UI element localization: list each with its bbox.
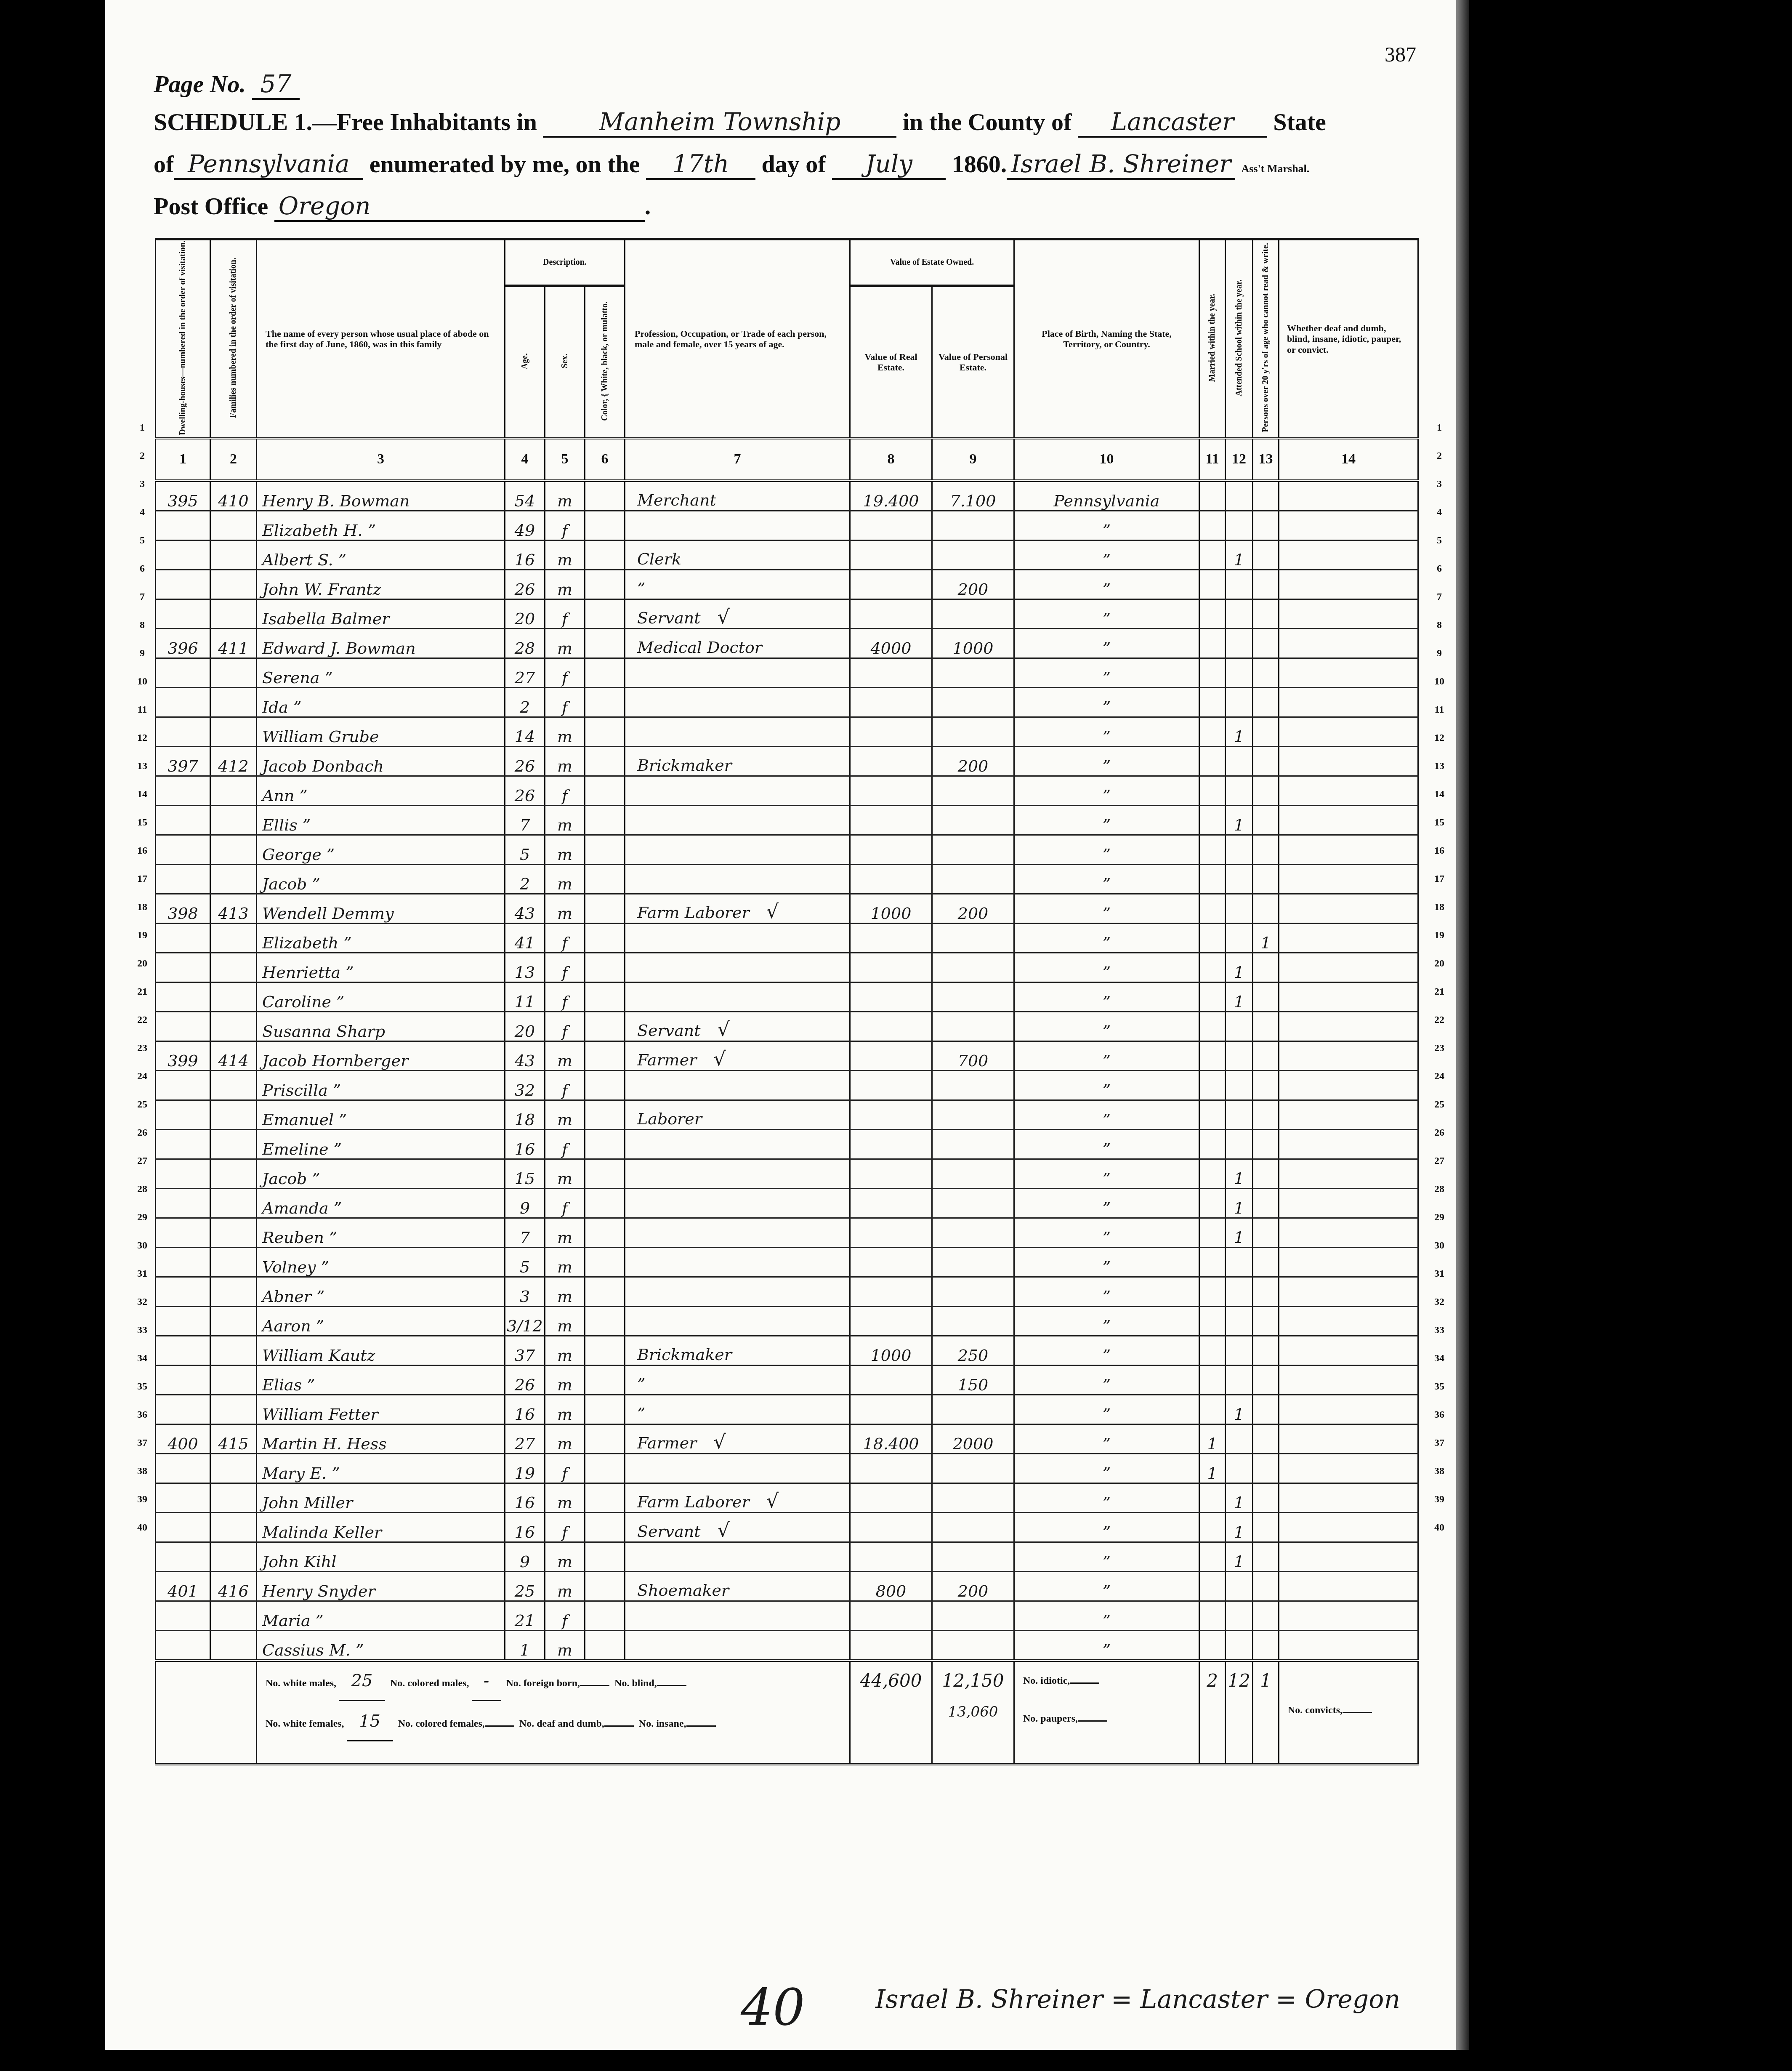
sex: f bbox=[545, 599, 585, 628]
infirmity bbox=[1279, 1453, 1418, 1483]
sex: m bbox=[545, 540, 585, 570]
checkmark-icon: √ bbox=[718, 1519, 730, 1541]
line-number: 34 bbox=[1431, 1353, 1448, 1364]
colored-males-label: No. colored males, bbox=[390, 1678, 469, 1689]
cannot-read-write bbox=[1253, 776, 1279, 805]
line-number: 7 bbox=[134, 591, 151, 603]
line-number: 7 bbox=[1431, 591, 1448, 603]
dwelling-number bbox=[156, 1630, 210, 1661]
real-estate-value bbox=[850, 805, 932, 835]
attended-school bbox=[1226, 1100, 1253, 1129]
birthplace: Pennsylvania bbox=[1014, 481, 1199, 511]
occupation-text: Medical Doctor bbox=[637, 638, 762, 657]
sex: f bbox=[545, 776, 585, 805]
scan-left-border bbox=[0, 0, 105, 2071]
line-number: 24 bbox=[134, 1071, 151, 1082]
white-females-count: 15 bbox=[347, 1702, 393, 1741]
infirmity bbox=[1279, 1365, 1418, 1395]
married-within-year bbox=[1199, 1041, 1226, 1070]
cannot-read-write bbox=[1253, 953, 1279, 982]
birthplace: ” bbox=[1014, 1512, 1199, 1542]
color bbox=[585, 1571, 625, 1601]
personal-estate-value bbox=[932, 599, 1014, 628]
birthplace: ” bbox=[1014, 1070, 1199, 1100]
birthplace: ” bbox=[1014, 1247, 1199, 1277]
summary-line-1: No. white males, 25 No. colored males, -… bbox=[257, 1662, 849, 1702]
occupation bbox=[625, 1277, 850, 1306]
table-row: John W. Frantz26m”200” bbox=[156, 570, 1418, 599]
infirmity bbox=[1279, 1424, 1418, 1453]
colored-females-label: No. colored females, bbox=[398, 1718, 485, 1729]
real-estate-value bbox=[850, 717, 932, 746]
column-number: 13 bbox=[1253, 438, 1279, 481]
family-number bbox=[210, 1247, 257, 1277]
table-row: 395410Henry B. Bowman54mMerchant19.4007.… bbox=[156, 481, 1418, 511]
occupation: Farmer√ bbox=[625, 1041, 850, 1070]
attended-school: 1 bbox=[1226, 1188, 1253, 1218]
line-number: 11 bbox=[134, 704, 151, 716]
personal-estate-value bbox=[932, 864, 1014, 894]
birthplace: ” bbox=[1014, 982, 1199, 1012]
cannot-read-write bbox=[1253, 1365, 1279, 1395]
real-estate-value bbox=[850, 923, 932, 953]
personal-estate-value bbox=[932, 923, 1014, 953]
personal-estate-value: 200 bbox=[932, 570, 1014, 599]
real-estate-value bbox=[850, 1070, 932, 1100]
occupation bbox=[625, 953, 850, 982]
married-within-year bbox=[1199, 1070, 1226, 1100]
header-description-group: Description. bbox=[505, 239, 625, 286]
real-estate-value bbox=[850, 1365, 932, 1395]
line-number: 21 bbox=[134, 986, 151, 998]
line-number: 9 bbox=[134, 648, 151, 659]
header-color: Color, { White, black, or mulatto. bbox=[585, 286, 625, 439]
post-office-label: Post Office bbox=[154, 192, 268, 220]
personal-estate-value: 2000 bbox=[932, 1424, 1014, 1453]
married-within-year bbox=[1199, 1012, 1226, 1041]
cannot-read-write bbox=[1253, 1571, 1279, 1601]
cannot-read-write bbox=[1253, 717, 1279, 746]
person-name: Malinda Keller bbox=[257, 1512, 505, 1542]
color bbox=[585, 1630, 625, 1661]
attended-school: 1 bbox=[1226, 717, 1253, 746]
white-males-count: 25 bbox=[339, 1662, 385, 1701]
sex: f bbox=[545, 1129, 585, 1159]
line-number: 17 bbox=[1431, 873, 1448, 885]
total-real-estate: 44,600 bbox=[850, 1661, 932, 1764]
line-number: 5 bbox=[1431, 535, 1448, 546]
personal-estate-value bbox=[932, 1306, 1014, 1336]
line-number: 4 bbox=[134, 507, 151, 518]
table-row: Ann ”26f” bbox=[156, 776, 1418, 805]
real-estate-value: 19.400 bbox=[850, 481, 932, 511]
real-estate-value bbox=[850, 1395, 932, 1424]
personal-estate-value bbox=[932, 1100, 1014, 1129]
attended-school bbox=[1226, 1571, 1253, 1601]
occupation-text: ” bbox=[637, 1375, 645, 1393]
married-within-year bbox=[1199, 540, 1226, 570]
birthplace: ” bbox=[1014, 511, 1199, 540]
checkmark-icon: √ bbox=[718, 605, 730, 628]
birthplace: ” bbox=[1014, 746, 1199, 776]
married-within-year bbox=[1199, 864, 1226, 894]
real-estate-value bbox=[850, 746, 932, 776]
real-estate-value bbox=[850, 1601, 932, 1630]
family-number bbox=[210, 717, 257, 746]
occupation-text: Servant bbox=[637, 1522, 701, 1541]
person-name: Abner ” bbox=[257, 1277, 505, 1306]
month-field: July bbox=[832, 149, 946, 180]
cannot-read-write bbox=[1253, 1395, 1279, 1424]
family-number: 411 bbox=[210, 628, 257, 658]
occupation: Merchant bbox=[625, 481, 850, 511]
occupation bbox=[625, 658, 850, 687]
sex: f bbox=[545, 1453, 585, 1483]
cannot-read-write bbox=[1253, 687, 1279, 717]
dwelling-number bbox=[156, 1218, 210, 1247]
table-row: Caroline ”11f”1 bbox=[156, 982, 1418, 1012]
birthplace: ” bbox=[1014, 864, 1199, 894]
table-row: Emeline ”16f” bbox=[156, 1129, 1418, 1159]
color bbox=[585, 628, 625, 658]
table-row: Priscilla ”32f” bbox=[156, 1070, 1418, 1100]
table-row: William Grube14m”1 bbox=[156, 717, 1418, 746]
line-number: 34 bbox=[134, 1353, 151, 1364]
infirmity bbox=[1279, 511, 1418, 540]
age: 3 bbox=[505, 1277, 545, 1306]
attended-school bbox=[1226, 835, 1253, 864]
checkmark-icon: √ bbox=[713, 1430, 726, 1453]
family-number bbox=[210, 923, 257, 953]
sex: m bbox=[545, 835, 585, 864]
family-number bbox=[210, 1630, 257, 1661]
column-number: 5 bbox=[545, 438, 585, 481]
real-estate-value bbox=[850, 1012, 932, 1041]
sex: m bbox=[545, 717, 585, 746]
line-number: 13 bbox=[134, 761, 151, 772]
table-row: Elias ”26m”150” bbox=[156, 1365, 1418, 1395]
dwelling-number bbox=[156, 1277, 210, 1306]
birthplace: ” bbox=[1014, 894, 1199, 923]
header-dwelling: Dwelling-houses—numbered in the order of… bbox=[156, 239, 210, 438]
line-number: 37 bbox=[1431, 1437, 1448, 1449]
birthplace: ” bbox=[1014, 1630, 1199, 1661]
attended-school bbox=[1226, 1601, 1253, 1630]
attended-school bbox=[1226, 894, 1253, 923]
year-label: 1860. bbox=[952, 150, 1007, 178]
page-number-label: Page No. 57 bbox=[154, 69, 300, 98]
personal-estate-value bbox=[932, 953, 1014, 982]
header-real-estate: Value of Real Estate. bbox=[850, 286, 932, 439]
married-within-year bbox=[1199, 628, 1226, 658]
color bbox=[585, 570, 625, 599]
age: 20 bbox=[505, 1012, 545, 1041]
married-within-year bbox=[1199, 1129, 1226, 1159]
married-within-year bbox=[1199, 835, 1226, 864]
personal-estate-value: 200 bbox=[932, 894, 1014, 923]
age: 2 bbox=[505, 687, 545, 717]
occupation bbox=[625, 1630, 850, 1661]
person-name: John W. Frantz bbox=[257, 570, 505, 599]
total-school: 12 bbox=[1226, 1661, 1253, 1764]
table-row: Maria ”21f” bbox=[156, 1601, 1418, 1630]
line-number: 14 bbox=[1431, 789, 1448, 800]
header-family: Families numbered in the order of visita… bbox=[210, 239, 257, 438]
real-estate-value bbox=[850, 1630, 932, 1661]
color bbox=[585, 1512, 625, 1542]
occupation-text: Clerk bbox=[637, 550, 681, 568]
line-number: 22 bbox=[1431, 1014, 1448, 1026]
person-name: Caroline ” bbox=[257, 982, 505, 1012]
family-number bbox=[210, 1012, 257, 1041]
color bbox=[585, 894, 625, 923]
occupation bbox=[625, 511, 850, 540]
occupation bbox=[625, 805, 850, 835]
table-row: Emanuel ”18mLaborer” bbox=[156, 1100, 1418, 1129]
dwelling-number: 401 bbox=[156, 1571, 210, 1601]
total-illiterate: 1 bbox=[1253, 1661, 1279, 1764]
cannot-read-write bbox=[1253, 1188, 1279, 1218]
line-number: 13 bbox=[1431, 761, 1448, 772]
attended-school bbox=[1226, 1277, 1253, 1306]
occupation bbox=[625, 982, 850, 1012]
occupation-text: Farm Laborer bbox=[637, 1493, 750, 1511]
person-name: Ann ” bbox=[257, 776, 505, 805]
age: 28 bbox=[505, 628, 545, 658]
family-number bbox=[210, 1159, 257, 1188]
dwelling-number bbox=[156, 1159, 210, 1188]
of-label: of bbox=[154, 150, 174, 178]
occupation: Medical Doctor bbox=[625, 628, 850, 658]
family-number bbox=[210, 1483, 257, 1512]
person-name: Henry B. Bowman bbox=[257, 481, 505, 511]
occupation bbox=[625, 1306, 850, 1336]
personal-estate-value bbox=[932, 717, 1014, 746]
table-row: Abner ”3m” bbox=[156, 1277, 1418, 1306]
insane-label: No. insane, bbox=[639, 1718, 686, 1729]
header-occupation: Profession, Occupation, or Trade of each… bbox=[625, 239, 850, 438]
person-name: William Grube bbox=[257, 717, 505, 746]
dwelling-number bbox=[156, 1012, 210, 1041]
dwelling-number bbox=[156, 1129, 210, 1159]
state-field: Pennsylvania bbox=[174, 149, 363, 180]
sex: f bbox=[545, 1070, 585, 1100]
color bbox=[585, 1188, 625, 1218]
age: 18 bbox=[505, 1100, 545, 1129]
table-row: Jacob ”15m”1 bbox=[156, 1159, 1418, 1188]
color bbox=[585, 1012, 625, 1041]
infirmity bbox=[1279, 687, 1418, 717]
table-row: Ida ”2f” bbox=[156, 687, 1418, 717]
person-name: Emeline ” bbox=[257, 1129, 505, 1159]
line-number: 8 bbox=[134, 620, 151, 631]
table-row: Isabella Balmer20fServant√” bbox=[156, 599, 1418, 628]
age: 7 bbox=[505, 1218, 545, 1247]
cannot-read-write bbox=[1253, 1630, 1279, 1661]
personal-estate-value bbox=[932, 1630, 1014, 1661]
column-number: 11 bbox=[1199, 438, 1226, 481]
checkmark-icon: √ bbox=[713, 1047, 726, 1070]
occupation: Servant√ bbox=[625, 1012, 850, 1041]
birthplace: ” bbox=[1014, 540, 1199, 570]
color bbox=[585, 1395, 625, 1424]
person-name: Henrietta ” bbox=[257, 953, 505, 982]
sex: m bbox=[545, 1041, 585, 1070]
line-number: 23 bbox=[1431, 1043, 1448, 1054]
person-name: Elizabeth ” bbox=[257, 923, 505, 953]
line-number: 39 bbox=[134, 1494, 151, 1505]
infirmity bbox=[1279, 481, 1418, 511]
family-number: 415 bbox=[210, 1424, 257, 1453]
dwelling-number bbox=[156, 1336, 210, 1365]
real-estate-value: 4000 bbox=[850, 628, 932, 658]
infirmity bbox=[1279, 628, 1418, 658]
occupation bbox=[625, 1542, 850, 1571]
line-number: 36 bbox=[134, 1409, 151, 1421]
cannot-read-write bbox=[1253, 1601, 1279, 1630]
color bbox=[585, 1070, 625, 1100]
real-estate-value bbox=[850, 1306, 932, 1336]
attended-school bbox=[1226, 1453, 1253, 1483]
infirmity bbox=[1279, 540, 1418, 570]
color bbox=[585, 1424, 625, 1453]
line-number: 33 bbox=[1431, 1325, 1448, 1336]
age: 9 bbox=[505, 1542, 545, 1571]
married-within-year bbox=[1199, 1247, 1226, 1277]
line-number: 29 bbox=[1431, 1212, 1448, 1223]
birthplace: ” bbox=[1014, 628, 1199, 658]
color bbox=[585, 1041, 625, 1070]
real-estate-value bbox=[850, 835, 932, 864]
line-number: 8 bbox=[1431, 620, 1448, 631]
age: 37 bbox=[505, 1336, 545, 1365]
line-number: 16 bbox=[134, 845, 151, 857]
age: 9 bbox=[505, 1188, 545, 1218]
person-name: George ” bbox=[257, 835, 505, 864]
age: 49 bbox=[505, 511, 545, 540]
cannot-read-write bbox=[1253, 1129, 1279, 1159]
dwelling-number bbox=[156, 511, 210, 540]
color bbox=[585, 658, 625, 687]
line-number: 11 bbox=[1431, 704, 1448, 716]
birthplace: ” bbox=[1014, 1306, 1199, 1336]
line-number: 1 bbox=[134, 422, 151, 434]
married-within-year bbox=[1199, 1218, 1226, 1247]
sex: f bbox=[545, 1601, 585, 1630]
occupation bbox=[625, 1159, 850, 1188]
cannot-read-write bbox=[1253, 481, 1279, 511]
personal-estate-value bbox=[932, 776, 1014, 805]
cannot-read-write bbox=[1253, 1306, 1279, 1336]
birthplace: ” bbox=[1014, 1453, 1199, 1483]
color bbox=[585, 1247, 625, 1277]
line-number: 20 bbox=[134, 958, 151, 969]
sex: m bbox=[545, 1218, 585, 1247]
table-row: Mary E. ”19f”1 bbox=[156, 1453, 1418, 1483]
personal-estate-value bbox=[932, 511, 1014, 540]
family-number bbox=[210, 540, 257, 570]
married-within-year bbox=[1199, 953, 1226, 982]
sex: m bbox=[545, 1483, 585, 1512]
line-number: 4 bbox=[1431, 507, 1448, 518]
personal-estate-value bbox=[932, 1218, 1014, 1247]
marshal-label: Ass't Marshal. bbox=[1242, 162, 1310, 175]
sex: m bbox=[545, 1247, 585, 1277]
birthplace: ” bbox=[1014, 1365, 1199, 1395]
family-number bbox=[210, 1129, 257, 1159]
infirmity bbox=[1279, 835, 1418, 864]
cannot-read-write bbox=[1253, 1512, 1279, 1542]
line-number: 30 bbox=[1431, 1240, 1448, 1251]
infirmity bbox=[1279, 982, 1418, 1012]
person-name: Maria ” bbox=[257, 1601, 505, 1630]
occupation-text: Farmer bbox=[637, 1434, 697, 1452]
line-number: 3 bbox=[134, 479, 151, 490]
personal-estate-value: 200 bbox=[932, 746, 1014, 776]
person-name: Volney ” bbox=[257, 1247, 505, 1277]
dwelling-number bbox=[156, 982, 210, 1012]
line-number: 27 bbox=[1431, 1155, 1448, 1167]
line-number: 9 bbox=[1431, 648, 1448, 659]
married-within-year bbox=[1199, 1306, 1226, 1336]
attended-school: 1 bbox=[1226, 805, 1253, 835]
dwelling-number bbox=[156, 1395, 210, 1424]
family-number bbox=[210, 864, 257, 894]
personal-estate-value bbox=[932, 687, 1014, 717]
column-number: 1 bbox=[156, 438, 210, 481]
dwelling-number bbox=[156, 1601, 210, 1630]
total-personal-estate: 12,150 bbox=[933, 1670, 1013, 1691]
personal-estate-value bbox=[932, 1159, 1014, 1188]
summary-convicts-cell: No. convicts, bbox=[1279, 1661, 1418, 1764]
occupation: Shoemaker bbox=[625, 1571, 850, 1601]
real-estate-value bbox=[850, 570, 932, 599]
person-name: Jacob ” bbox=[257, 864, 505, 894]
infirmity bbox=[1279, 864, 1418, 894]
age: 27 bbox=[505, 658, 545, 687]
column-number: 6 bbox=[585, 438, 625, 481]
cannot-read-write bbox=[1253, 1247, 1279, 1277]
age: 26 bbox=[505, 746, 545, 776]
attended-school bbox=[1226, 599, 1253, 628]
attended-school bbox=[1226, 658, 1253, 687]
infirmity bbox=[1279, 717, 1418, 746]
cannot-read-write bbox=[1253, 746, 1279, 776]
occupation bbox=[625, 1070, 850, 1100]
infirmity bbox=[1279, 1277, 1418, 1306]
attended-school bbox=[1226, 923, 1253, 953]
age: 11 bbox=[505, 982, 545, 1012]
line-number: 27 bbox=[134, 1155, 151, 1167]
header-estate-group: Value of Estate Owned. bbox=[850, 239, 1014, 286]
birthplace: ” bbox=[1014, 1188, 1199, 1218]
infirmity bbox=[1279, 1100, 1418, 1129]
person-name: Jacob Hornberger bbox=[257, 1041, 505, 1070]
line-number: 18 bbox=[1431, 902, 1448, 913]
person-name: Albert S. ” bbox=[257, 540, 505, 570]
occupation bbox=[625, 1601, 850, 1630]
birthplace: ” bbox=[1014, 658, 1199, 687]
infirmity bbox=[1279, 1070, 1418, 1100]
age: 16 bbox=[505, 1483, 545, 1512]
person-name: John Kihl bbox=[257, 1542, 505, 1571]
family-number bbox=[210, 1100, 257, 1129]
real-estate-value bbox=[850, 599, 932, 628]
colored-males-count: - bbox=[472, 1662, 501, 1701]
attended-school bbox=[1226, 1336, 1253, 1365]
line-number: 23 bbox=[134, 1043, 151, 1054]
real-estate-value bbox=[850, 687, 932, 717]
